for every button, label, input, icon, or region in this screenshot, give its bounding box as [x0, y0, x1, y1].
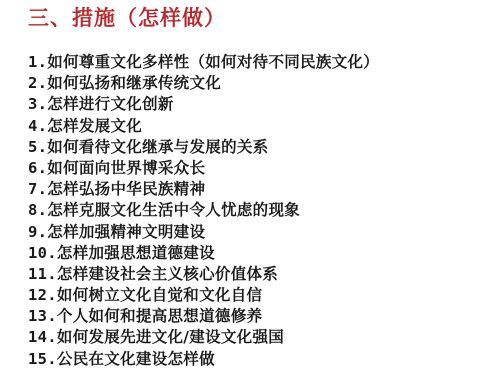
measures-list: 1.如何尊重文化多样性（如何对待不同民族文化） 2.如何弘扬和继承传统文化 3.…: [28, 52, 379, 370]
item-text: 如何树立文化自觉和文化自信: [57, 286, 262, 304]
item-text: 如何发展先进文化/建设文化强国: [57, 328, 284, 346]
item-text: 怎样发展文化: [47, 117, 142, 135]
item-text: 个人如何和提高思想道德修养: [57, 307, 262, 325]
list-item: 6.如何面向世界博采众长: [28, 158, 379, 179]
list-item: 3.怎样进行文化创新: [28, 94, 379, 115]
list-item: 14.如何发展先进文化/建设文化强国: [28, 327, 379, 348]
list-item: 13.个人如何和提高思想道德修养: [28, 306, 379, 327]
list-item: 7.怎样弘扬中华民族精神: [28, 179, 379, 200]
list-item: 9.怎样加强精神文明建设: [28, 222, 379, 243]
item-number: 5.: [28, 138, 47, 156]
item-number: 14.: [28, 328, 57, 346]
item-number: 13.: [28, 307, 57, 325]
item-text: 怎样克服文化生活中令人忧虑的现象: [47, 201, 300, 219]
list-item: 2.如何弘扬和继承传统文化: [28, 73, 379, 94]
item-text: 怎样加强精神文明建设: [47, 223, 205, 241]
list-item: 11.怎样建设社会主义核心价值体系: [28, 264, 379, 285]
item-number: 10.: [28, 244, 57, 262]
item-number: 1.: [28, 53, 47, 71]
list-item: 10.怎样加强思想道德建设: [28, 243, 379, 264]
list-item: 8.怎样克服文化生活中令人忧虑的现象: [28, 200, 379, 221]
section-heading: 三、措施（怎样做）: [28, 4, 226, 32]
item-text: 如何尊重文化多样性（如何对待不同民族文化）: [47, 53, 379, 71]
item-text: 公民在文化建设怎样做: [57, 350, 215, 368]
item-number: 3.: [28, 95, 47, 113]
list-item: 15.公民在文化建设怎样做: [28, 349, 379, 370]
item-number: 11.: [28, 265, 57, 283]
item-number: 6.: [28, 159, 47, 177]
list-item: 12.如何树立文化自觉和文化自信: [28, 285, 379, 306]
item-text: 如何看待文化继承与发展的关系: [47, 138, 268, 156]
item-text: 如何面向世界博采众长: [47, 159, 205, 177]
list-item: 4.怎样发展文化: [28, 116, 379, 137]
item-text: 怎样建设社会主义核心价值体系: [57, 265, 278, 283]
list-item: 1.如何尊重文化多样性（如何对待不同民族文化）: [28, 52, 379, 73]
item-number: 12.: [28, 286, 57, 304]
item-text: 怎样弘扬中华民族精神: [47, 180, 205, 198]
item-text: 如何弘扬和继承传统文化: [47, 74, 221, 92]
list-item: 5.如何看待文化继承与发展的关系: [28, 137, 379, 158]
item-number: 8.: [28, 201, 47, 219]
item-number: 7.: [28, 180, 47, 198]
item-number: 15.: [28, 350, 57, 368]
item-number: 4.: [28, 117, 47, 135]
item-text: 怎样加强思想道德建设: [57, 244, 215, 262]
item-number: 9.: [28, 223, 47, 241]
item-number: 2.: [28, 74, 47, 92]
item-text: 怎样进行文化创新: [47, 95, 173, 113]
